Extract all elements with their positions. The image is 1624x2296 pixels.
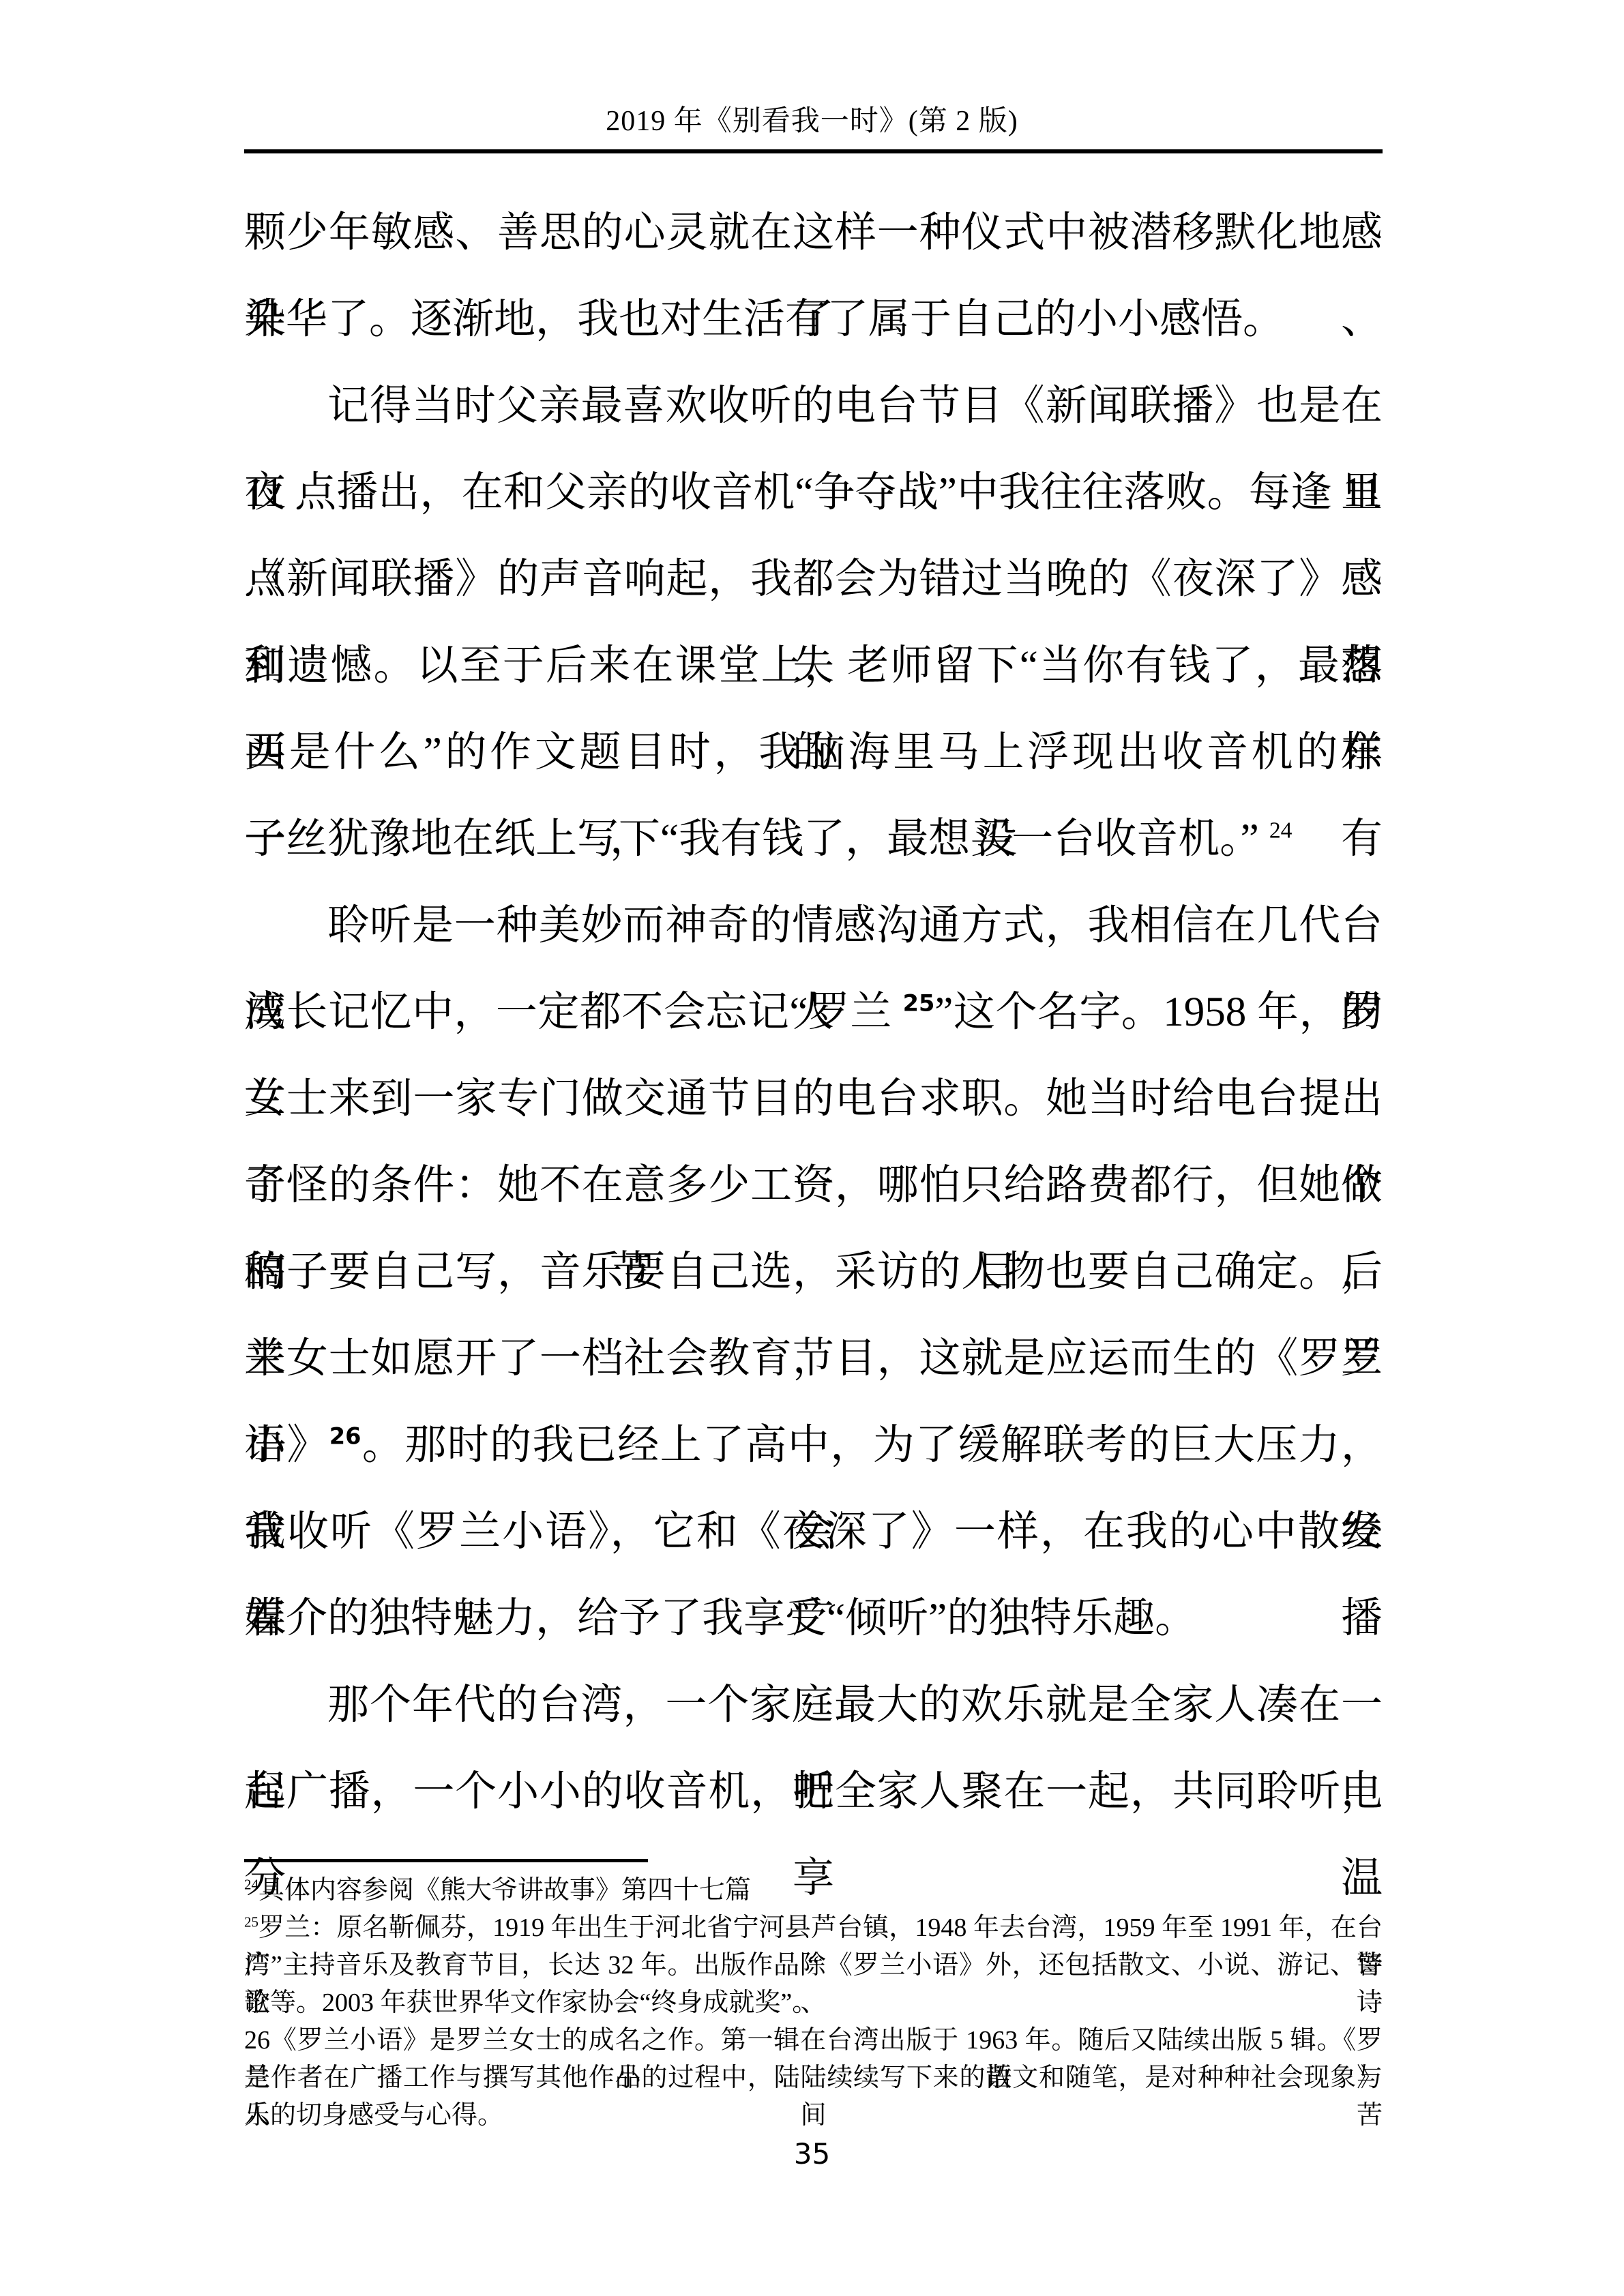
footnote-separator — [244, 1859, 648, 1862]
body-text-line: 记得当时父亲最喜欢收听的电台节目《新闻联播》也是在夜里 — [244, 363, 1383, 449]
footnote-reference-number: 24 — [244, 1876, 259, 1892]
footnote-reference-number: 25 — [903, 990, 935, 1017]
body-text-line: 台广播，一个小小的收音机，把全家人聚在一起，共同聆听，分享温 — [244, 1748, 1383, 1835]
body-text-line: 常收听《罗兰小语》，它和《夜深了》一样，在我的心中散发着广播 — [244, 1489, 1383, 1575]
header-rule — [244, 149, 1383, 153]
document-page: 2019 年《别看我一时》(第 2 版) 颗少年敏感、善思的心灵就在这样一种仪式… — [0, 0, 1624, 2296]
body-text-line: 颗少年敏感、善思的心灵就在这样一种仪式中被潜移默化地感染了、 — [244, 190, 1383, 276]
body-text-line: 一丝犹豫地在纸上写下“我有钱了，最想买一台收音机。” 24 — [244, 796, 1383, 882]
body-text-line: 西是什么”的作文题目时，我脑海里马上浮现出收音机的样子，没有 — [244, 709, 1383, 796]
footnote-reference-number: 24 — [1269, 818, 1293, 844]
body-text-line: 兰女士如愿开了一档社会教育节目，这就是应运而生的《罗兰小 — [244, 1315, 1383, 1402]
body-text-line: 稿子要自己写，音乐要自己选，采访的人物也要自己确定。后来，罗 — [244, 1229, 1383, 1315]
footnote-line: 25罗兰：原名靳佩芬，1919 年出生于河北省宁河县芦台镇，1948 年去台湾，… — [244, 1909, 1383, 1947]
body-text-line: 那个年代的台湾，一个家庭最大的欢乐就是全家人凑在一起听电 — [244, 1662, 1383, 1748]
body-text-line: 语》26。那时的我已经上了高中，为了缓解联考的巨大压力，我会经 — [244, 1402, 1383, 1489]
body-text: 颗少年敏感、善思的心灵就在这样一种仪式中被潜移默化地感染了、升华了。逐渐地，我也… — [244, 190, 1383, 1835]
page-header-title: 2019 年《别看我一时》(第 2 版) — [0, 104, 1624, 139]
body-text-line: 成长记忆中，一定都不会忘记“罗兰 25”这个名字。1958 年，罗兰 — [244, 969, 1383, 1056]
footnote-reference-number: 26 — [329, 1423, 361, 1450]
footnote-line: 是作者在广播工作与撰写其他作品的过程中，陆陆续续写下来的散文和随笔，是对种种社会… — [244, 2059, 1383, 2097]
page-number: 35 — [0, 2137, 1624, 2171]
body-text-line: 聆听是一种美妙而神奇的情感沟通方式，我相信在几代台湾人的 — [244, 882, 1383, 969]
footnote-line: 24具体内容参阅《熊大爷讲故事》第四十七篇 — [244, 1872, 1383, 1909]
body-text-line: 升华了。逐渐地，我也对生活有了属于自己的小小感悟。 — [244, 276, 1383, 363]
body-text-line: 奇怪的条件：她不在意多少工资，哪怕只给路费都行，但她做的节目， — [244, 1142, 1383, 1229]
footnote-reference-number: 25 — [244, 1913, 259, 1930]
footnote-line: 广”主持音乐及教育节目，长达 32 年。出版作品除《罗兰小语》外，还包括散文、小… — [244, 1947, 1383, 1984]
body-text-line: 和遗憾。以至于后来在课堂上，老师留下“当你有钱了，最想买的东 — [244, 623, 1383, 709]
footnote-line: 26《罗兰小语》是罗兰女士的成名之作。第一辑在台湾出版于 1963 年。随后又陆… — [244, 2022, 1383, 2059]
footnotes: 24具体内容参阅《熊大爷讲故事》第四十七篇25罗兰：原名靳佩芬，1919 年出生… — [244, 1872, 1383, 2134]
body-text-line: 《新闻联播》的声音响起，我都会为错过当晚的《夜深了》感到失落 — [244, 536, 1383, 623]
body-text-line: 11 点播出，在和父亲的收音机“争夺战”中我往往落败。每逢 11 点 — [244, 449, 1383, 536]
body-text-line: 女士来到一家专门做交通节目的电台求职。她当时给电台提出了一个 — [244, 1056, 1383, 1142]
